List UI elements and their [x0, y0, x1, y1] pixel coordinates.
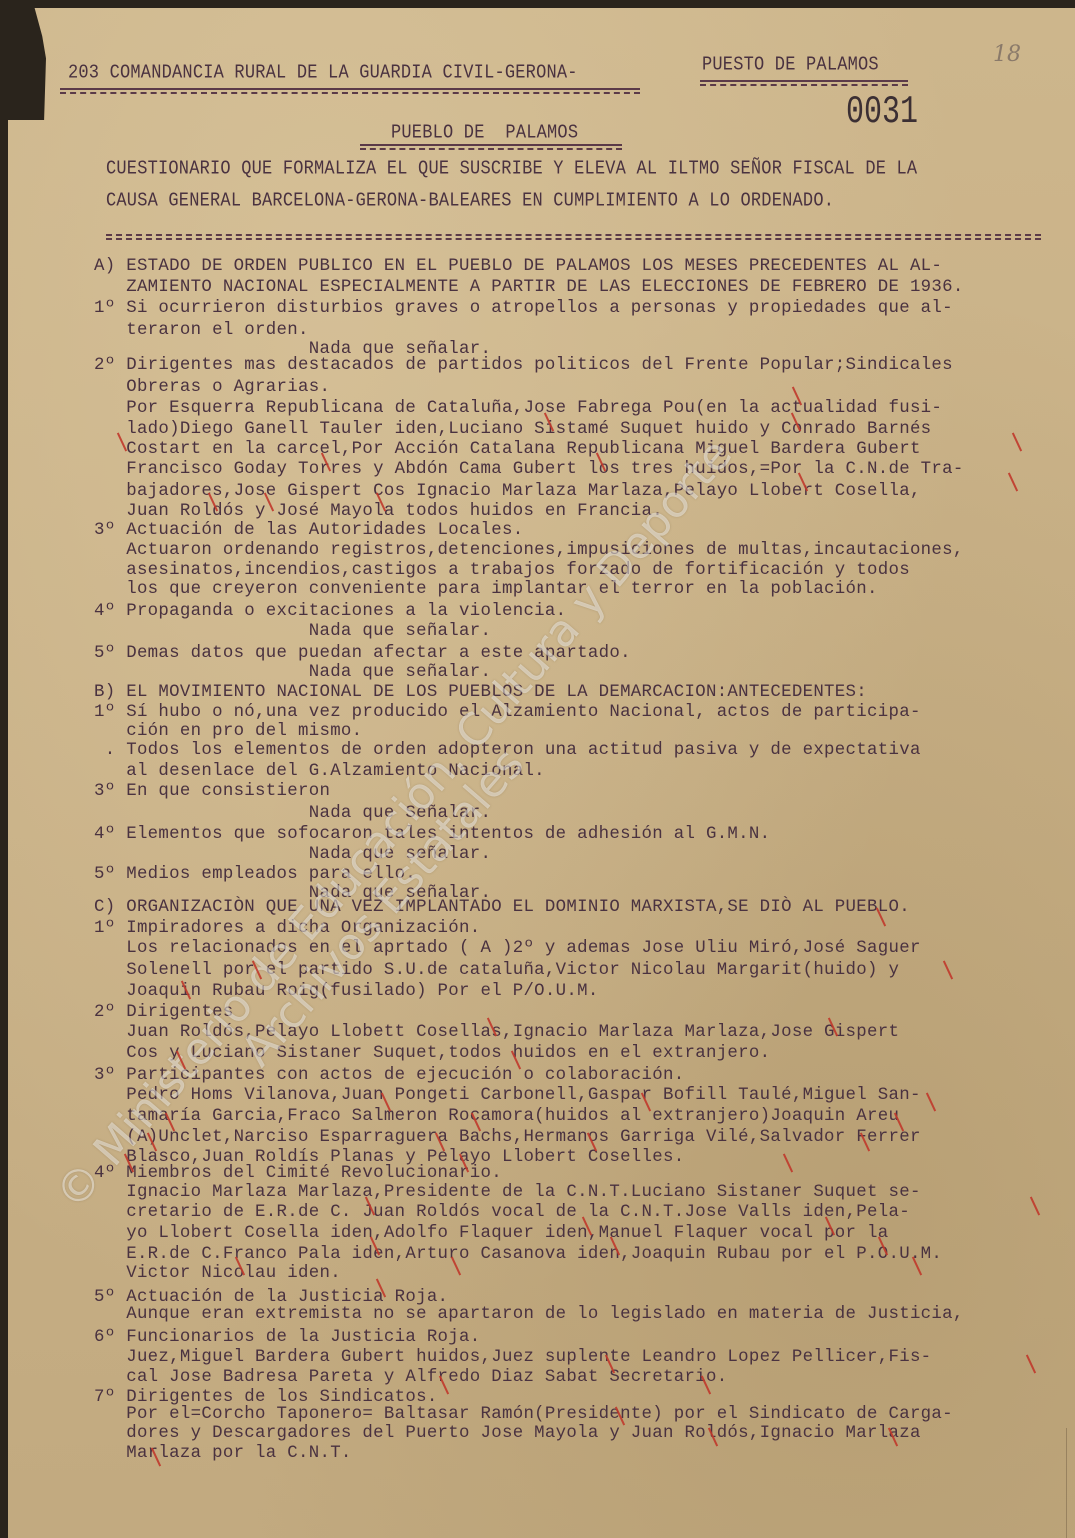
document-line: Por Esquerra Republicana de Cataluña,Jos…: [94, 400, 942, 417]
document-line: Ignacio Marlaza Marlaza,Presidente de la…: [94, 1184, 921, 1201]
document-line: 5º Demas datos que puedan afectar a este…: [94, 645, 631, 662]
document-line: Francisco Goday Torres y Abdón Cama Gube…: [94, 461, 964, 478]
document-line: Joaquin Rubau Roig(fusilado) Por el P/O.…: [94, 983, 599, 1000]
header-right-underline: [700, 80, 908, 86]
document-line: los que creyeron conveniente para implan…: [94, 581, 878, 598]
pencil-page-number: 18: [993, 42, 1021, 67]
document-line: cretario de E.R.de C. Juan Roldós vocal …: [94, 1204, 910, 1221]
document-line: Actuaron ordenando registros,detenciones…: [94, 542, 964, 559]
document-line: Obreras o Agrarias.: [94, 379, 330, 396]
red-check-mark: [783, 1154, 793, 1173]
header-left-underline: [60, 88, 640, 94]
red-check-mark: [1030, 1197, 1040, 1216]
document-line: bajadores,Jose Gispert Cos Ignacio Marla…: [94, 483, 921, 500]
document-line: 3º Participantes con actos de ejecución …: [94, 1067, 684, 1084]
document-line: 2º Dirigentes: [94, 1004, 234, 1021]
document-line: 1º Si ocurrieron disturbios graves o atr…: [94, 300, 953, 317]
document-line: A) ESTADO DE ORDEN PUBLICO EN EL PUEBLO …: [94, 258, 942, 275]
document-line: Costart en la carcel,Por Acción Catalana…: [94, 441, 921, 458]
red-check-mark: [1008, 473, 1018, 492]
document-line: 6º Funcionarios de la Justicia Roja.: [94, 1329, 481, 1346]
paper-edge: [1066, 1428, 1067, 1538]
document-line: 2º Dirigentes mas destacados de partidos…: [94, 357, 953, 374]
folio-stamp: 0031: [846, 91, 918, 135]
document-line: Juan Roldós y José Mayola todos huidos e…: [94, 503, 663, 520]
document-line: Nada que señalar.: [94, 664, 491, 681]
document-line: yo Llobert Cosella iden,Adolfo Flaquer i…: [94, 1225, 888, 1242]
document-line: Por el=Corcho Taponero= Baltasar Ramón(P…: [94, 1406, 953, 1423]
document-page: 203 COMANDANCIA RURAL DE LA GUARDIA CIVI…: [8, 8, 1075, 1538]
red-check-mark: [1026, 1355, 1036, 1374]
document-line: Juan Roldós,Pelayo Llobett Cosellas,Igna…: [94, 1024, 899, 1041]
document-line: E.R.de C.Franco Pala iden,Arturo Casanov…: [94, 1246, 942, 1263]
document-line: teraron el orden.: [94, 322, 309, 339]
document-line: dores y Descargadores del Puerto Jose Ma…: [94, 1425, 921, 1442]
document-line: 4º Propaganda o excitaciones a la violen…: [94, 603, 566, 620]
document-line: B) EL MOVIMIENTO NACIONAL DE LOS PUEBLOS…: [94, 684, 867, 701]
document-line: Aunque eran extremista no se apartaron d…: [94, 1306, 964, 1323]
document-line: Los relacionados en el aprtado ( A )2º y…: [94, 940, 921, 957]
document-line: Pedro Homs Vilanova,Juan Pongeti Carbone…: [94, 1087, 921, 1104]
document-line: Juez,Miguel Bardera Gubert huidos,Juez s…: [94, 1349, 931, 1366]
document-line: cal Jose Badresa Pareta y Alfredo Diaz S…: [94, 1369, 727, 1386]
document-line: al desenlace del G.Alzamiento Nacional.: [94, 763, 545, 780]
document-line: 7º Dirigentes de los Sindicatos.: [94, 1389, 438, 1406]
document-line: lado)Diego Ganell Tauler iden,Luciano Si…: [94, 421, 931, 438]
document-line: ción en pro del mismo.: [94, 723, 362, 740]
document-line: 4º Elementos que sofocaron tales intento…: [94, 826, 770, 843]
document-line: 1º Sí hubo o nó,una vez producido el Alz…: [94, 704, 921, 721]
red-check-mark: [926, 1093, 936, 1112]
document-line: Nada que Señalar.: [94, 805, 491, 822]
document-line: Nada que señalar.: [94, 623, 491, 640]
red-check-mark: [943, 961, 953, 980]
document-line: (A)Unclet,Narciso Esparraguera Bachs,Her…: [94, 1129, 921, 1146]
intro-line-1: CUESTIONARIO QUE FORMALIZA EL QUE SUSCRI…: [106, 159, 917, 181]
document-line: asesinatos,incendios,castigos a trabajos…: [94, 562, 910, 579]
document-line: 5º Actuación de la Justicia Roja.: [94, 1289, 448, 1306]
header-right: PUESTO DE PALAMOS: [702, 55, 879, 77]
torn-corner: [8, 8, 46, 120]
title-underline: [360, 144, 622, 150]
document-title: PUEBLO DE PALAMOS: [391, 123, 578, 145]
document-line: 4º Miembros del Cimité Revolucionario.: [94, 1165, 502, 1182]
document-line: Cos y Luciano Sistaner Suquet,todos huid…: [94, 1045, 770, 1062]
red-check-mark: [1012, 433, 1022, 452]
intro-line-2: CAUSA GENERAL BARCELONA-GERONA-BALEARES …: [106, 191, 834, 213]
document-line: 1º Impiradores a dicha Organización.: [94, 920, 481, 937]
document-line: 5º Medios empleados para ello.: [94, 866, 416, 883]
document-line: Marlaza por la C.N.T.: [94, 1445, 352, 1462]
document-line: 3º Actuación de las Autoridades Locales.: [94, 522, 523, 539]
document-line: C) ORGANIZACIÒN QUE UNA VEZ IMPLANTADO E…: [94, 899, 910, 916]
document-line: tamaría Garcia,Fraco Salmeron Rocamora(h…: [94, 1108, 899, 1125]
document-line: ZAMIENTO NACIONAL ESPECIALMENTE A PARTIR…: [94, 279, 964, 296]
document-line: Solenell por el partido S.U.de cataluña,…: [94, 962, 899, 979]
document-line: 3º En que consistieron: [94, 783, 330, 800]
document-line: . Todos los elementos de orden adopteron…: [94, 742, 921, 759]
header-left: 203 COMANDANCIA RURAL DE LA GUARDIA CIVI…: [68, 63, 578, 85]
document-line: Victor Nicolau iden.: [94, 1265, 341, 1282]
document-line: Nada que señalar.: [94, 846, 491, 863]
separator-rule: [106, 234, 1041, 240]
